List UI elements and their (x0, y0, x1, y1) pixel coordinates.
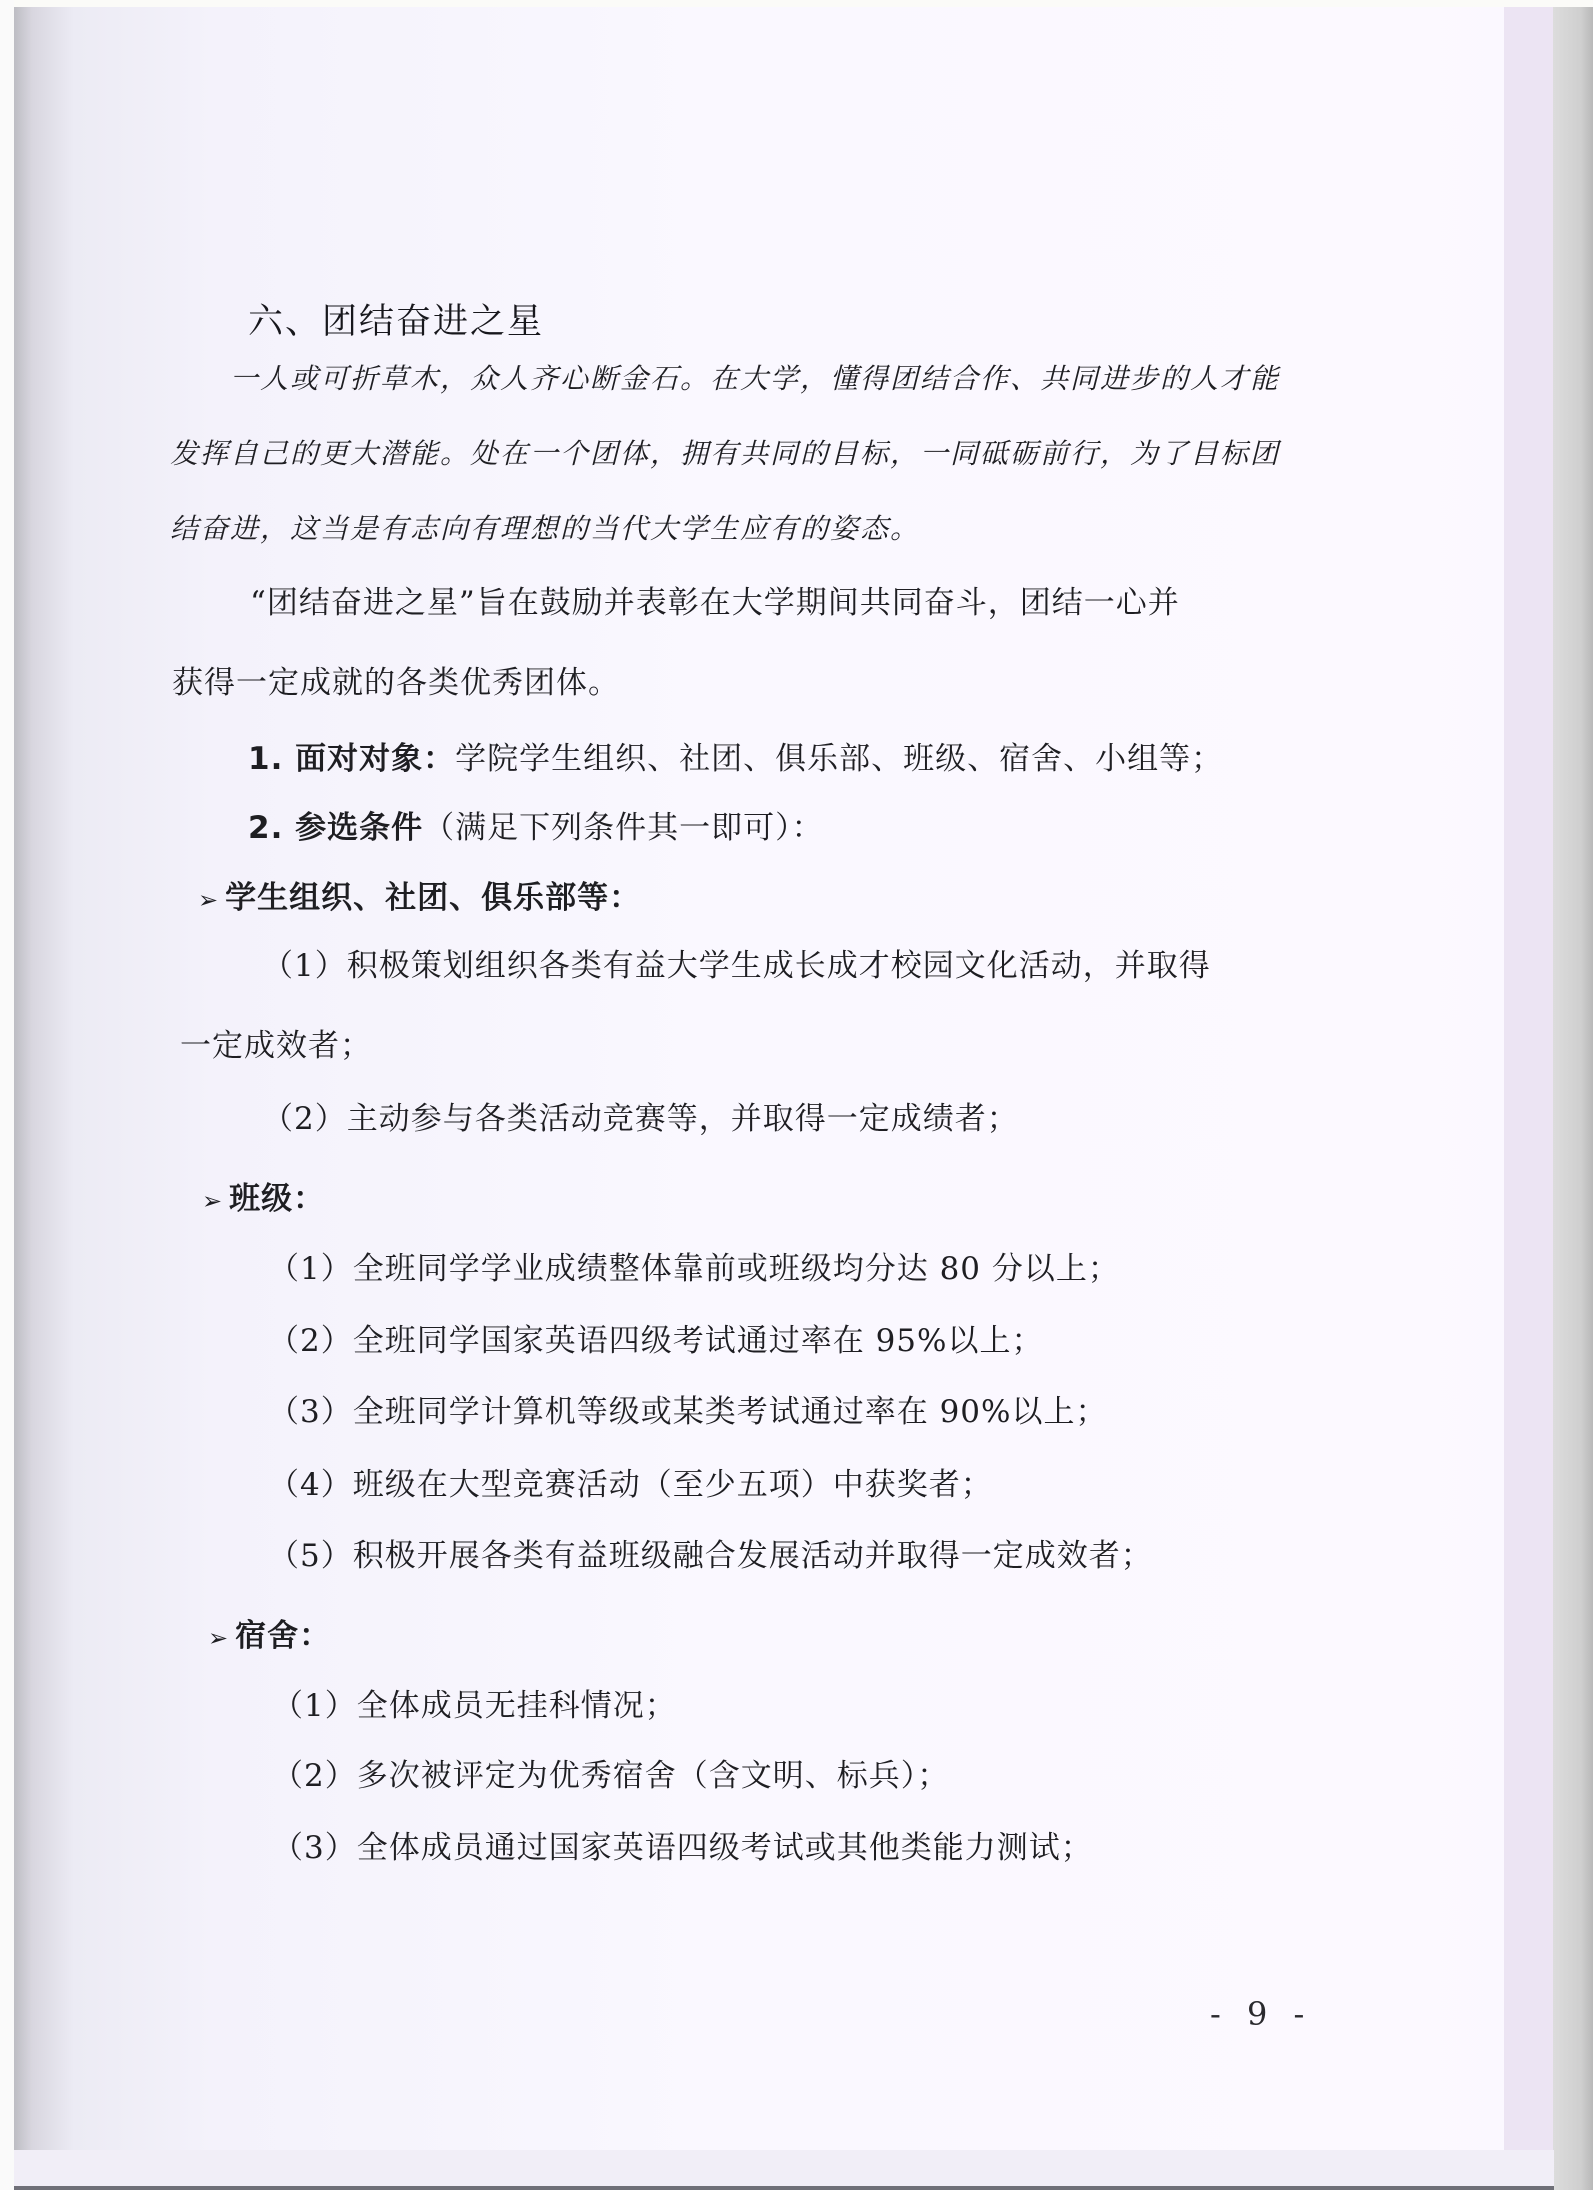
target-text: 学院学生组织、社团、俱乐部、班级、宿舍、小组等； (455, 741, 1223, 777)
class-item-5: （5）积极开展各类有益班级融合发展活动并取得一定成效者； (268, 1530, 1153, 1575)
conditions-label: 2. 参选条件 (248, 810, 423, 846)
dorm-item-2: （2）多次被评定为优秀宿舍（含文明、标兵）； (272, 1750, 949, 1795)
class-item-1: （1）全班同学学业成绩整体靠前或班级均分达 80 分以上； (268, 1243, 1120, 1288)
arrow-bullet-icon: ➢ (198, 886, 219, 914)
scan-top-edge (0, 0, 1593, 7)
target-label: 1. 面对对象： (248, 741, 455, 777)
dorm-item-1: （1）全体成员无挂科情况； (272, 1680, 677, 1725)
arrow-bullet-icon: ➢ (208, 1624, 229, 1652)
description-line-2: 获得一定成就的各类优秀团体。 (172, 657, 620, 702)
class-item-3: （3）全班同学计算机等级或某类考试通过率在 90%以上； (268, 1386, 1107, 1431)
dorm-item-3: （3）全体成员通过国家英语四级考试或其他类能力测试； (272, 1822, 1093, 1867)
intro-line-2: 发挥自己的更大潜能。处在一个团体，拥有共同的目标，一同砥砺前行，为了目标团 (170, 432, 1280, 472)
target-line: 1. 面对对象：学院学生组织、社团、俱乐部、班级、宿舍、小组等； (248, 733, 1223, 778)
intro-line-3: 结奋进，这当是有志向有理想的当代大学生应有的姿态。 (170, 507, 920, 547)
conditions-line: 2. 参选条件（满足下列条件其一即可）： (248, 802, 824, 847)
orgs-item-2: （2）主动参与各类活动竞赛等，并取得一定成绩者； (262, 1093, 1019, 1138)
class-item-4: （4）班级在大型竞赛活动（至少五项）中获奖者； (268, 1459, 993, 1504)
scan-right-border (1553, 7, 1593, 2190)
section-heading-class: ➢班级： (202, 1173, 325, 1218)
underlying-page-bottom (14, 2150, 1554, 2186)
section-heading-dorm: ➢宿舍： (208, 1610, 331, 1655)
class-item-2: （2）全班同学国家英语四级考试通过率在 95%以上； (268, 1315, 1043, 1360)
arrow-bullet-icon: ➢ (202, 1187, 223, 1215)
conditions-text: （满足下列条件其一即可）： (423, 810, 824, 846)
scan-left-edge (0, 0, 14, 2190)
section-title: 六、团结奋进之星 (248, 294, 544, 344)
page-number: - 9 - (1210, 1995, 1312, 2033)
scan-bottom-border (14, 2186, 1554, 2190)
intro-line-1: 一人或可折草木，众人齐心断金石。在大学，懂得团结合作、共同进步的人才能 (230, 357, 1280, 397)
underlying-page-edge (1504, 7, 1554, 2190)
orgs-item-1: （1）积极策划组织各类有益大学生成长成才校园文化活动，并取得 (262, 940, 1211, 985)
orgs-item-1-cont: 一定成效者； (180, 1020, 372, 1065)
section-heading-orgs: ➢学生组织、社团、俱乐部等： (198, 872, 641, 917)
description-line-1: “团结奋进之星”旨在鼓励并表彰在大学期间共同奋斗，团结一心并 (250, 577, 1180, 622)
